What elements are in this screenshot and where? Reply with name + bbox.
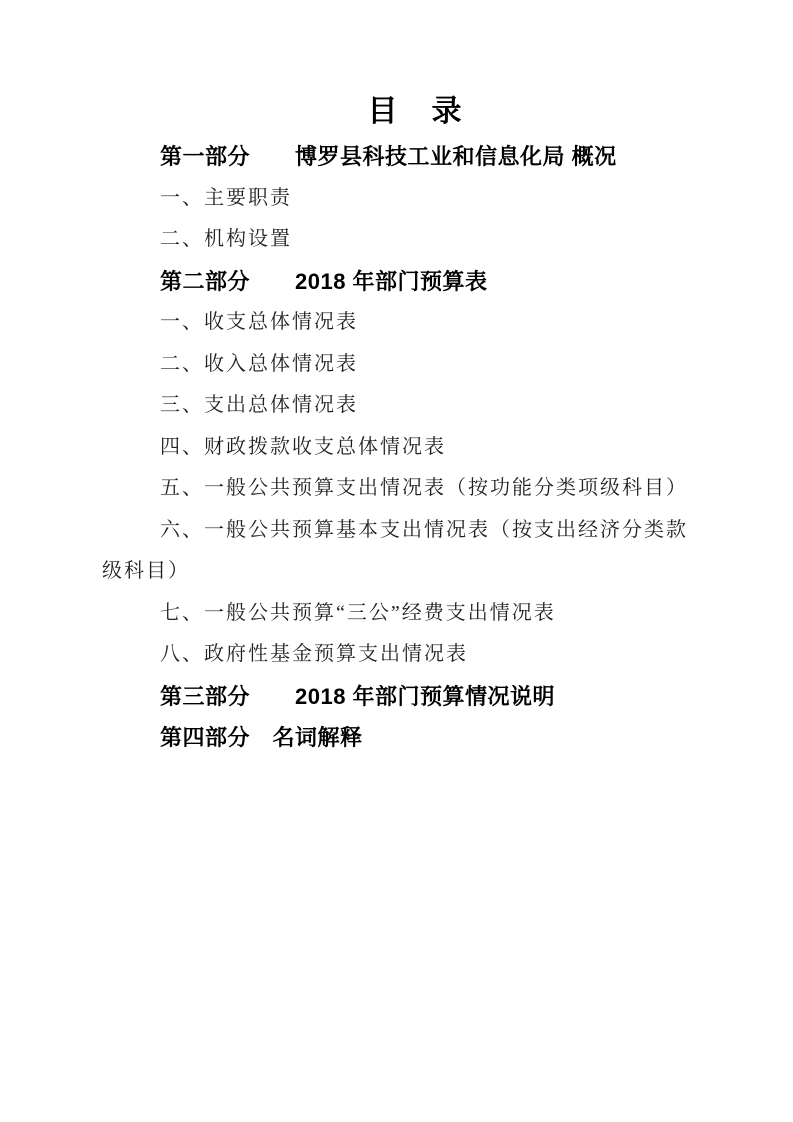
toc-item: 七、一般公共预算“三公”经费支出情况表 [102,593,693,635]
toc-item: 一、收支总体情况表 [102,302,693,344]
toc-item: 二、机构设置 [102,219,693,261]
toc-item: 一、主要职责 [102,178,693,220]
toc-list: 第一部分 博罗县科技工业和信息化局 概况一、主要职责二、机构设置第二部分 201… [102,136,693,759]
toc-section-heading: 第二部分 2018 年部门预算表 [102,261,693,303]
toc-item: 五、一般公共预算支出情况表（按功能分类项级科目） [102,468,693,510]
page-title: 目 录 [120,88,711,136]
toc-section-heading: 第四部分 名词解释 [102,717,693,759]
document-page: 目 录 第一部分 博罗县科技工业和信息化局 概况一、主要职责二、机构设置第二部分… [0,0,793,1122]
toc-section-heading: 第一部分 博罗县科技工业和信息化局 概况 [102,136,693,178]
toc-item: 二、收入总体情况表 [102,344,693,386]
toc-section-heading: 第三部分 2018 年部门预算情况说明 [102,676,693,718]
toc-item: 八、政府性基金预算支出情况表 [102,634,693,676]
toc-item: 三、支出总体情况表 [102,385,693,427]
toc-item: 六、一般公共预算基本支出情况表（按支出经济分类款 [102,510,693,552]
toc-item-continuation: 级科目） [102,551,693,593]
toc-item: 四、财政拨款收支总体情况表 [102,427,693,469]
